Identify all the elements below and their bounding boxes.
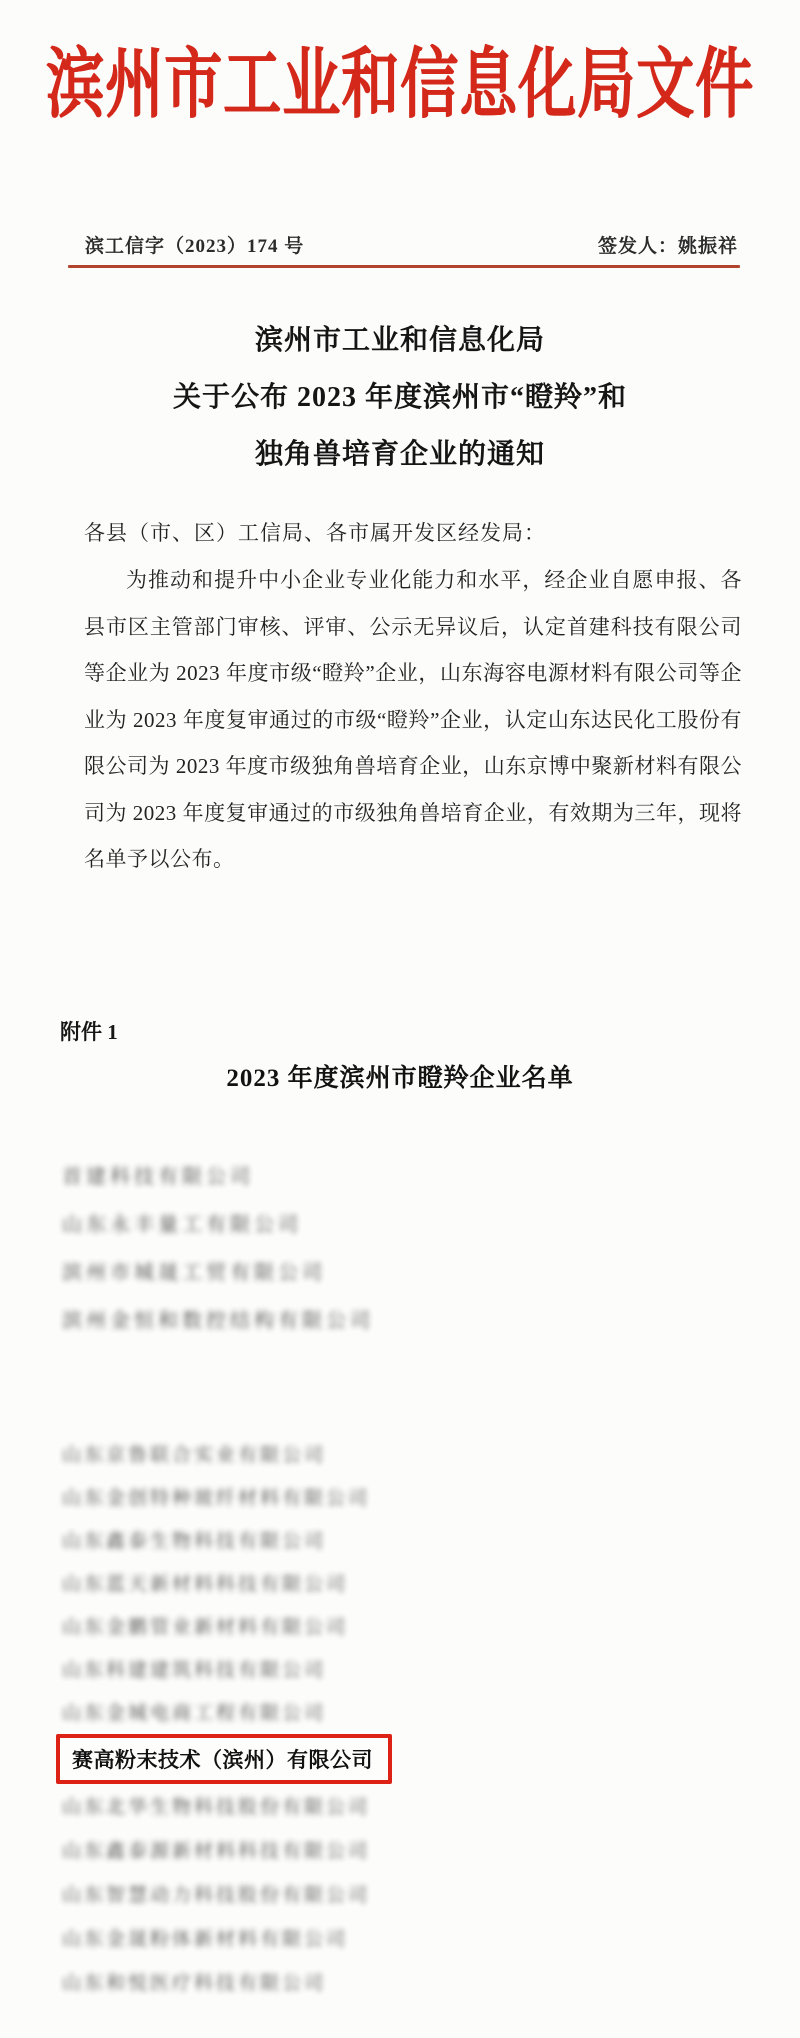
company-row-blurred: 山东京鲁联合实业有限公司 [62,1434,370,1477]
highlighted-company-name: 赛高粉末技术（滨州）有限公司 [72,1744,373,1774]
company-list-group-3: 山东北华生物科技股份有限公司 山东鑫泰源新材料科技有限公司 山东智慧动力科技股份… [62,1786,370,2006]
attachment-list-title: 2023 年度滨州市瞪羚企业名单 [0,1058,800,1094]
salutation: 各县（市、区）工信局、各市属开发区经发局： [84,517,740,547]
body-paragraph: 为推动和提升中小企业专业化能力和水平，经企业自愿申报、各县市区主管部门审核、评审… [84,557,742,883]
company-row-blurred: 山东永丰量工有限公司 [62,1201,374,1249]
doc-meta-row: 滨工信字（2023）174 号 签发人：姚振祥 [85,231,738,258]
company-row-blurred: 山东鑫泰生物科技有限公司 [62,1520,370,1563]
doc-number: 滨工信字（2023）174 号 [85,231,304,258]
company-row-blurred: 山东北华生物科技股份有限公司 [62,1786,370,1830]
doc-title: 滨州市工业和信息化局 关于公布 2023 年度滨州市“瞪羚”和 独角兽培育企业的… [0,312,800,483]
red-divider-line [68,265,740,268]
company-row-blurred: 山东金城电商工程有限公司 [62,1692,370,1735]
company-row-blurred: 山东蓝天新材料科技有限公司 [62,1563,370,1606]
company-row-blurred: 山东金鹏管业新材料有限公司 [62,1606,370,1649]
company-row-blurred: 滨州市城晟工贸有限公司 [62,1249,374,1297]
company-row-blurred: 山东金创特种玻纤材料有限公司 [62,1477,370,1520]
agency-banner-title: 滨州市工业和信息化局文件 [46,22,754,133]
company-row-blurred: 滨州金恒和数控结构有限公司 [62,1297,374,1345]
highlight-annotation-box: 赛高粉末技术（滨州）有限公司 [56,1734,392,1784]
official-document-page: 滨州市工业和信息化局文件 滨工信字（2023）174 号 签发人：姚振祥 滨州市… [0,0,800,2038]
doc-title-line-3: 独角兽培育企业的通知 [0,426,800,483]
company-row-blurred: 山东科建建筑科技有限公司 [62,1649,370,1692]
company-row-blurred: 首建科技有限公司 [62,1153,374,1201]
company-list-group-2: 山东京鲁联合实业有限公司 山东金创特种玻纤材料有限公司 山东鑫泰生物科技有限公司… [62,1434,370,1735]
doc-title-line-2: 关于公布 2023 年度滨州市“瞪羚”和 [0,369,800,426]
company-list-group-1: 首建科技有限公司 山东永丰量工有限公司 滨州市城晟工贸有限公司 滨州金恒和数控结… [62,1153,374,1345]
company-row-blurred: 山东鑫泰源新材料科技有限公司 [62,1830,370,1874]
company-row-blurred: 山东和悦医疗科技有限公司 [62,1962,370,2006]
company-row-blurred: 山东金晟粉体新材料有限公司 [62,1918,370,1962]
issuer: 签发人：姚振祥 [598,231,738,258]
doc-title-line-1: 滨州市工业和信息化局 [0,312,800,369]
letterhead-banner: 滨州市工业和信息化局文件 [0,22,800,106]
company-row-blurred: 山东智慧动力科技股份有限公司 [62,1874,370,1918]
attachment-label: 附件 1 [60,1016,118,1046]
